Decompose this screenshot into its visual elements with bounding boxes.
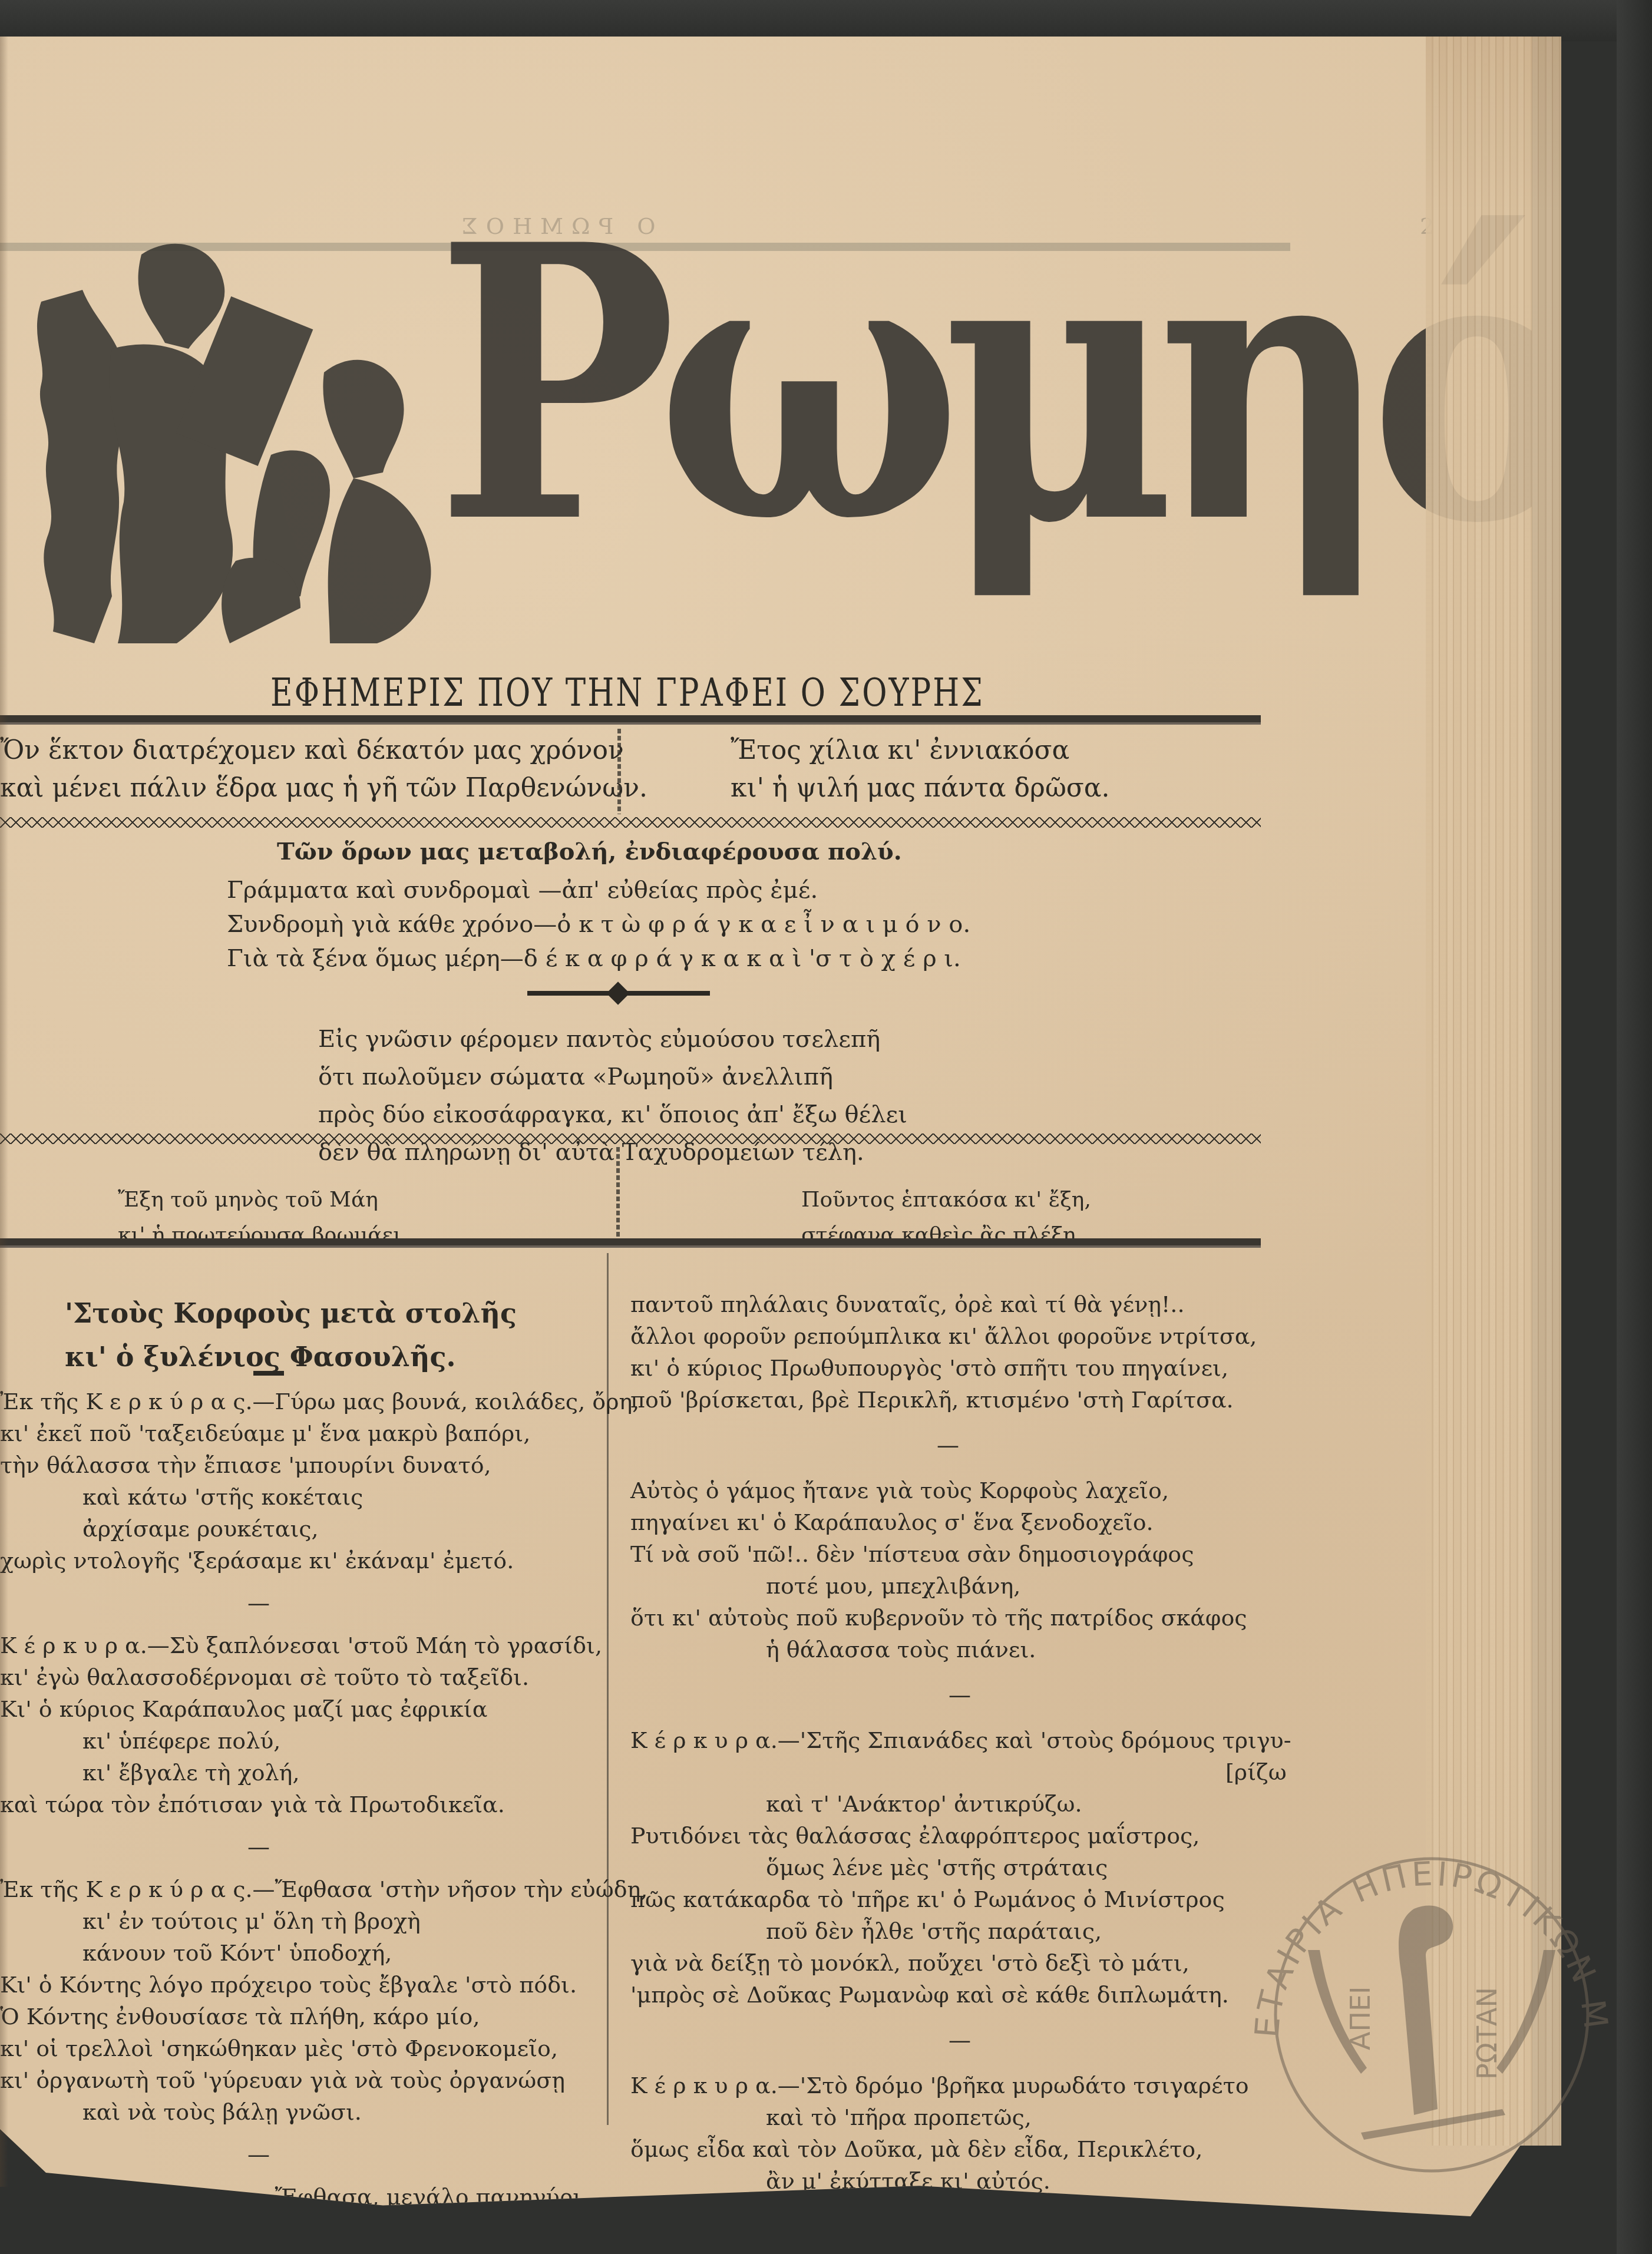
masthead-rule bbox=[0, 715, 1261, 725]
subscription-terms: Γράμματα καὶ συνδρομαὶ —ἀπ' εὐθείας πρὸς… bbox=[227, 873, 970, 976]
verse-line: Κ έ ρ κ υ ρ α.—Σὺ ξαπλόνεσαι 'στοῦ Μάη τ… bbox=[0, 1630, 647, 1661]
verse-line: ἡ θάλασσα τοὺς πιάνει. bbox=[630, 1634, 1291, 1665]
verse-line: Ἐκ τῆς Κ ε ρ κ ύ ρ α ς.—Ἔφθασα 'στὴν νῆσ… bbox=[0, 1873, 647, 1905]
title-dash bbox=[253, 1371, 284, 1376]
verse-line: 'μπρὸς σὲ Δοῦκας Ρωμανὼφ καὶ σὲ κάθε διπ… bbox=[630, 1979, 1291, 2011]
section-dash: — bbox=[0, 2128, 647, 2181]
verse-line: [ρίζω bbox=[630, 1756, 1291, 1788]
section-dash: — bbox=[630, 2011, 1291, 2070]
book-binding-top bbox=[0, 0, 1652, 41]
verse-line: Κ έ ρ κ υ ρ α.—'Στῆς Σπιανάδες καὶ 'στοὺ… bbox=[630, 1724, 1291, 1756]
wavy-rule-top bbox=[0, 817, 1261, 828]
verse-line: ἂν μ' ἐκύτταξε κι' αὐτός. bbox=[630, 2165, 1291, 2197]
verse-line: ὅμως λένε μὲς 'στῆς στράταις bbox=[630, 1852, 1291, 1883]
section-dash: — bbox=[630, 1665, 1291, 1724]
verse-line: παντοῦ πηλάλαις δυναταῖς, ὀρὲ καὶ τί θὰ … bbox=[630, 1288, 1291, 1320]
verse-line: Κι' ὁ Κόντης λόγο πρόχειρο τοὺς ἔβγαλε '… bbox=[0, 1969, 647, 2001]
verse-line: καὶ τὸ 'πῆρα προπετῶς, bbox=[630, 2101, 1291, 2133]
verse-line: γιὰ νὰ δείξῃ τὸ μονόκλ, ποὔχει 'στὸ δεξὶ… bbox=[630, 1947, 1291, 1979]
motto-divider bbox=[617, 729, 621, 814]
svg-text:ΑΠΕΙ: ΑΠΕΙ bbox=[1344, 1986, 1376, 2050]
motto-left: Ὄν ἕκτον διατρέχομεν καὶ δέκατόν μας χρό… bbox=[0, 732, 647, 807]
dateline-divider bbox=[616, 1147, 620, 1238]
verse-line: Αὐτὸς ὁ γάμος ἤτανε γιὰ τοὺς Κορφοὺς λαχ… bbox=[630, 1475, 1291, 1506]
subscription-terms-title: Τῶν ὅρων μας μεταβολή, ἐνδιαφέρουσα πολύ… bbox=[277, 838, 902, 865]
article-column-2: παντοῦ πηλάλαις δυναταῖς, ὀρὲ καὶ τί θὰ … bbox=[630, 1288, 1291, 2250]
verse-line: κι' ὁ κύριος Πρωθυπουργὸς 'στὸ σπῆτι του… bbox=[630, 1352, 1291, 1384]
verse-line: ἄλλοι φοροῦν ρεπούμπλικα κι' ἄλλοι φοροῦ… bbox=[630, 1320, 1291, 1352]
motto-right: Ἔτος χίλια κι' ἐννιακόσα κι' ἡ ψιλή μας … bbox=[731, 732, 1110, 807]
verse-line: χωρὶς ντολογῆς 'ξεράσαμε κι' ἐκάναμ' ἐμε… bbox=[0, 1545, 647, 1577]
verse-line: κάνουν τοῦ Κόντ' ὑποδοχή, bbox=[0, 1937, 647, 1969]
verse-line: Ἐκ τῆς Κ ε ρ κ ύ ρ α ς.—Γύρω μας βουνά, … bbox=[0, 1386, 647, 1417]
section-dash: — bbox=[630, 2197, 1291, 2250]
verse-line: ποῦ 'βρίσκεται, βρὲ Περικλῆ, κτισμένο 'σ… bbox=[630, 1384, 1291, 1416]
verse-line: ὅτι κι' αὐτοὺς ποῦ κυβερνοῦν τὸ τῆς πατρ… bbox=[630, 1602, 1291, 1634]
verse-line: Ρυτιδόνει τὰς θαλάσσας ἐλαφρόπτερος μαΐσ… bbox=[630, 1820, 1291, 1852]
verse-line: κι' ἔβγαλε τὴ χολή, bbox=[0, 1757, 647, 1789]
article-column-1: Ἐκ τῆς Κ ε ρ κ ύ ρ α ς.—Γύρω μας βουνά, … bbox=[0, 1386, 647, 2245]
verse-line: κι' ἐν τούτοις μ' ὅλη τὴ βροχὴ bbox=[0, 1905, 647, 1937]
verse-line: κι' ἐκεῖ ποῦ 'ταξειδεύαμε μ' ἕνα μακρὺ β… bbox=[0, 1417, 647, 1449]
wavy-rule-bottom bbox=[0, 1133, 1261, 1144]
page-gutter-shadow bbox=[0, 37, 8, 2187]
verse-line: καὶ τώρα τὸν ἐπότισαν γιὰ τὰ Πρωτοδικεῖα… bbox=[0, 1789, 647, 1820]
article-top-rule bbox=[0, 1238, 1261, 1248]
section-dash: — bbox=[0, 1577, 647, 1630]
verse-line: ἀρχίσαμε ρουκέταις, bbox=[0, 1513, 647, 1545]
verse-line: Ἐκ τῆς Κ ε ρ κ ύ ρ α ς.—Ἔφθασα, μεγάλο π… bbox=[0, 2181, 647, 2213]
verse-line: καὶ νὰ τοὺς βάλῃ γνῶσι. bbox=[0, 2096, 647, 2128]
section-dash: — bbox=[630, 1416, 1291, 1475]
ornament-divider bbox=[527, 991, 710, 996]
verse-line: Κι' ὁ κύριος Καράπαυλος μαζί μας ἐφρικία bbox=[0, 1693, 647, 1725]
verse-line: ποῦ δὲν ἦλθε 'στῆς παράταις, bbox=[630, 1915, 1291, 1947]
masthead: Ρωμηός bbox=[24, 231, 1249, 661]
verse-line: βλέπω τὸν Σκάρπα, Περικλῆ, βλέπω καὶ τὸν… bbox=[0, 2213, 647, 2245]
verse-line: καὶ κάτω 'στῆς κοκέταις bbox=[0, 1481, 647, 1513]
verse-line: κι' ἐγὼ θαλασσοδέρνομαι σὲ τοῦτο τὸ ταξε… bbox=[0, 1661, 647, 1693]
article-title: 'Στοὺς Κορφοὺς μετὰ στολῆς κι' ὁ ξυλένιο… bbox=[65, 1291, 517, 1379]
verse-line: Κ έ ρ κ υ ρ α.—'Στὸ δρόμο 'βρῆκα μυρωδάτ… bbox=[630, 2070, 1291, 2101]
verse-line: κι' οἱ τρελλοὶ 'σηκώθηκαν μὲς 'στὸ Φρενο… bbox=[0, 2032, 647, 2064]
svg-text:ΡΩΤΑΝ: ΡΩΤΑΝ bbox=[1471, 1987, 1503, 2080]
verse-line: Τί νὰ σοῦ 'πῶ!.. δὲν 'πίστευα σὰν δημοσι… bbox=[630, 1538, 1291, 1570]
verse-line: πηγαίνει κι' ὁ Καράπαυλος σ' ἕνα ξενοδοχ… bbox=[630, 1506, 1291, 1538]
verse-line: τὴν θάλασσα τὴν ἔπιασε 'μπουρίνι δυνατό, bbox=[0, 1449, 647, 1481]
verse-line: καὶ τ' 'Ανάκτορ' ἀντικρύζω. bbox=[630, 1788, 1291, 1820]
section-dash: — bbox=[0, 1820, 647, 1873]
notice: Εἰς γνῶσιν φέρομεν παντὸς εὐμούσου τσελε… bbox=[318, 1020, 907, 1171]
verse-line: κι' ὀργανωτὴ τοῦ 'γύρευαν γιὰ νὰ τοὺς ὀρ… bbox=[0, 2064, 647, 2096]
masthead-subtitle: ΕΦΗΜΕΡΙΣ ΠΟΥ ΤΗΝ ΓΡΑΦΕΙ Ο ΣΟΥΡΗΣ bbox=[138, 670, 1116, 715]
verse-line: πῶς κατάκαρδα τὸ 'πῆρε κι' ὁ Ρωμάνος ὁ Μ… bbox=[630, 1883, 1291, 1915]
verse-line: Ὁ Κόντης ἐνθουσίασε τὰ πλήθη, κάρο μίο, bbox=[0, 2001, 647, 2032]
library-stamp-icon: ΕΤΑΙΡΙΑ ΗΠΕΙΡΩΤΙΚΩΝ ΜΕΛΕΤΩΝ ΑΠΕΙ ΡΩΤΑΝ bbox=[1237, 1803, 1626, 2203]
verse-line: ὅμως εἶδα καὶ τὸν Δοῦκα, μὰ δὲν εἶδα, Πε… bbox=[630, 2133, 1291, 2165]
verse-line: ποτέ μου, μπεχλιβάνη, bbox=[630, 1570, 1291, 1602]
verse-line: κι' ὑπέφερε πολύ, bbox=[0, 1725, 647, 1757]
